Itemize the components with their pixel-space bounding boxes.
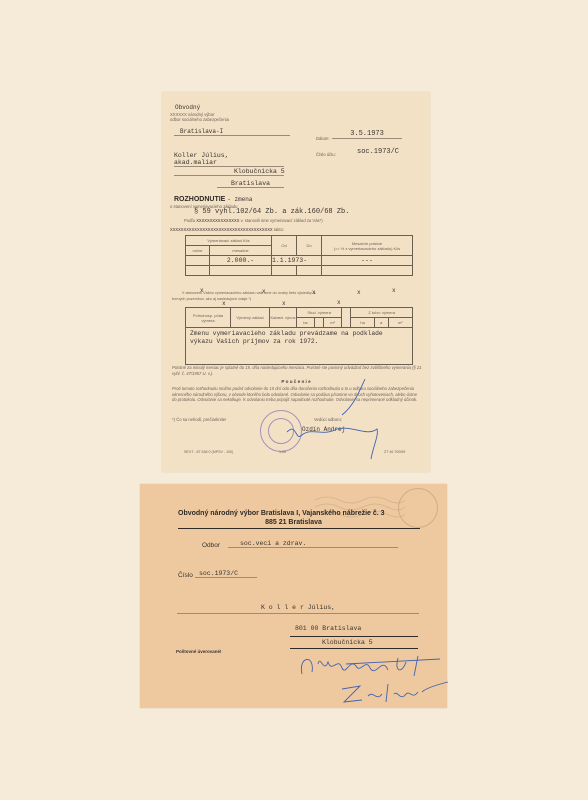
podla-label: Podľa [184,218,195,223]
struck-line: XXXXXXXXXXXXXXXXXXXXXXXXXXXXXXXXXXXXXX t… [170,227,284,233]
number-label: Číslo [178,572,193,579]
recipient-title: akad.maliar [174,159,284,167]
office-city: Bratislava-I [174,128,290,136]
x-mark: x [262,288,266,295]
footer-left: SEVT - 87 538 0 (MPSV - 100) [184,450,233,454]
x-mark: x [392,287,396,294]
col-m2b: m² [388,318,412,328]
x-mark: x [357,289,361,296]
cell-yearly [186,256,210,266]
col-from: Od [272,236,297,256]
handwritten-note: Odsťahoval sa [290,644,450,708]
decision-heading: ROZHODNUTIE - zmena [174,196,253,203]
cell-monthly: 2.000.- [210,256,272,266]
podla-suffix: v. stanovili sme vymeriavací základ za V… [241,218,323,223]
decision-document: Obvodný XXXXXX národný výbor odbor sociá… [162,92,430,472]
x-mark: x [222,300,226,307]
land-table: Poľnohosp. pôda výmera Výrobný základ Ka… [185,307,413,365]
ref-value: soc.1973/C [357,148,399,156]
col-ha: ha [297,318,315,328]
postmark-waves [315,492,405,522]
x-mark: x [312,289,316,296]
envelope: Obvodný národný výbor Bratislava I, Vaja… [140,484,447,708]
dept-label: Odbor [202,542,220,549]
svg-text:Odsťahoval sa: Odsťahoval sa [292,644,299,646]
x-mark: x [337,299,341,306]
col-field: Z toho: výmera [351,308,413,318]
recipient-street: Klobučnícka 5 [174,168,284,176]
col-ha2: ha [351,318,374,328]
struck-text: XXXXXXXXXXXXXXXXXXXXXXXXXXXXXXXXXXXXXX [170,228,273,233]
ref-label: Číslo účtu: [316,152,336,157]
struck-suffix: takto: [274,227,284,232]
sender-line1: Obvodný národný výbor Bratislava I, Vaja… [178,510,385,517]
col-to: Do [297,236,322,256]
col-land: Poľnohosp. pôda výmera [186,308,231,328]
envelope-recipient-name: K o l l e r Július, [177,604,419,614]
col-yearly: ročne [186,246,210,256]
recipient-city: Bratislava [217,180,284,188]
footer-right: ZT 46 700/59 [384,450,405,454]
col-base: Vymeriavací základ Kčs [186,236,272,246]
col-cadastral: Katastr. výnos [270,308,297,328]
sender-rule [178,528,420,529]
office-line1: Obvodný [175,104,200,111]
date-value: 3.5.1973 [332,130,402,139]
x-mark: x [282,300,286,307]
official-mark: Poštovné úverované! [176,649,222,654]
base-table: Vymeriavací základ Kčs Od Do Mesačné poi… [185,235,413,276]
col-income: Výrobný základ [231,308,270,328]
recipient-name: Koller Július, [174,152,229,159]
col-a: a [374,318,388,328]
date-label: Dátum: [316,136,330,141]
note-line2: borných pozemkov, ako aj nasledujúce úda… [172,297,251,301]
heading-suffix: - zmena [227,196,252,203]
x-mark: x [200,287,204,294]
heading-text: ROZHODNUTIE [174,196,225,203]
sender-line2: 885 21 Bratislava [140,519,447,526]
dept-value: soc.vecí a zdrav. [228,540,398,548]
number-value: soc.1973/C [195,570,257,578]
office-line3: odbor sociálneho zabezpečenia [170,117,229,122]
col-premium: Mesačné poistné (== ½ z vymeriavacieho z… [322,236,413,256]
payment-note: Poistné za minulý mesiac je splatné do 1… [172,365,422,376]
col-m2: m² [323,318,342,328]
podla-line: Podľa XXXXXXXXXXXXXXXX v. stanovili sme … [184,218,323,224]
cell-premium: --- [322,256,413,266]
city-rule [290,636,418,637]
premium-note: (== ½ z vymeriavacieho základu) Kčs [322,246,412,251]
envelope-recipient-city: 801 00 Bratislava [295,625,361,632]
cell-from: 1.1.1973- [272,256,322,266]
footnote: *) Čo sa nehodí, prečiarknite! [172,417,226,422]
col-monthly: mesačne [210,246,272,256]
signature-scribble [267,377,387,462]
law-reference: § 59 vyhl.102/64 Zb. a zák.160/68 Zb. [194,208,349,216]
land-table-body: Zmenu vymeriavacieho základu prevádzame … [186,328,413,365]
podla-struck: XXXXXXXXXXXXXXXX [196,219,239,224]
col-area: Stud. výmera [297,308,342,318]
